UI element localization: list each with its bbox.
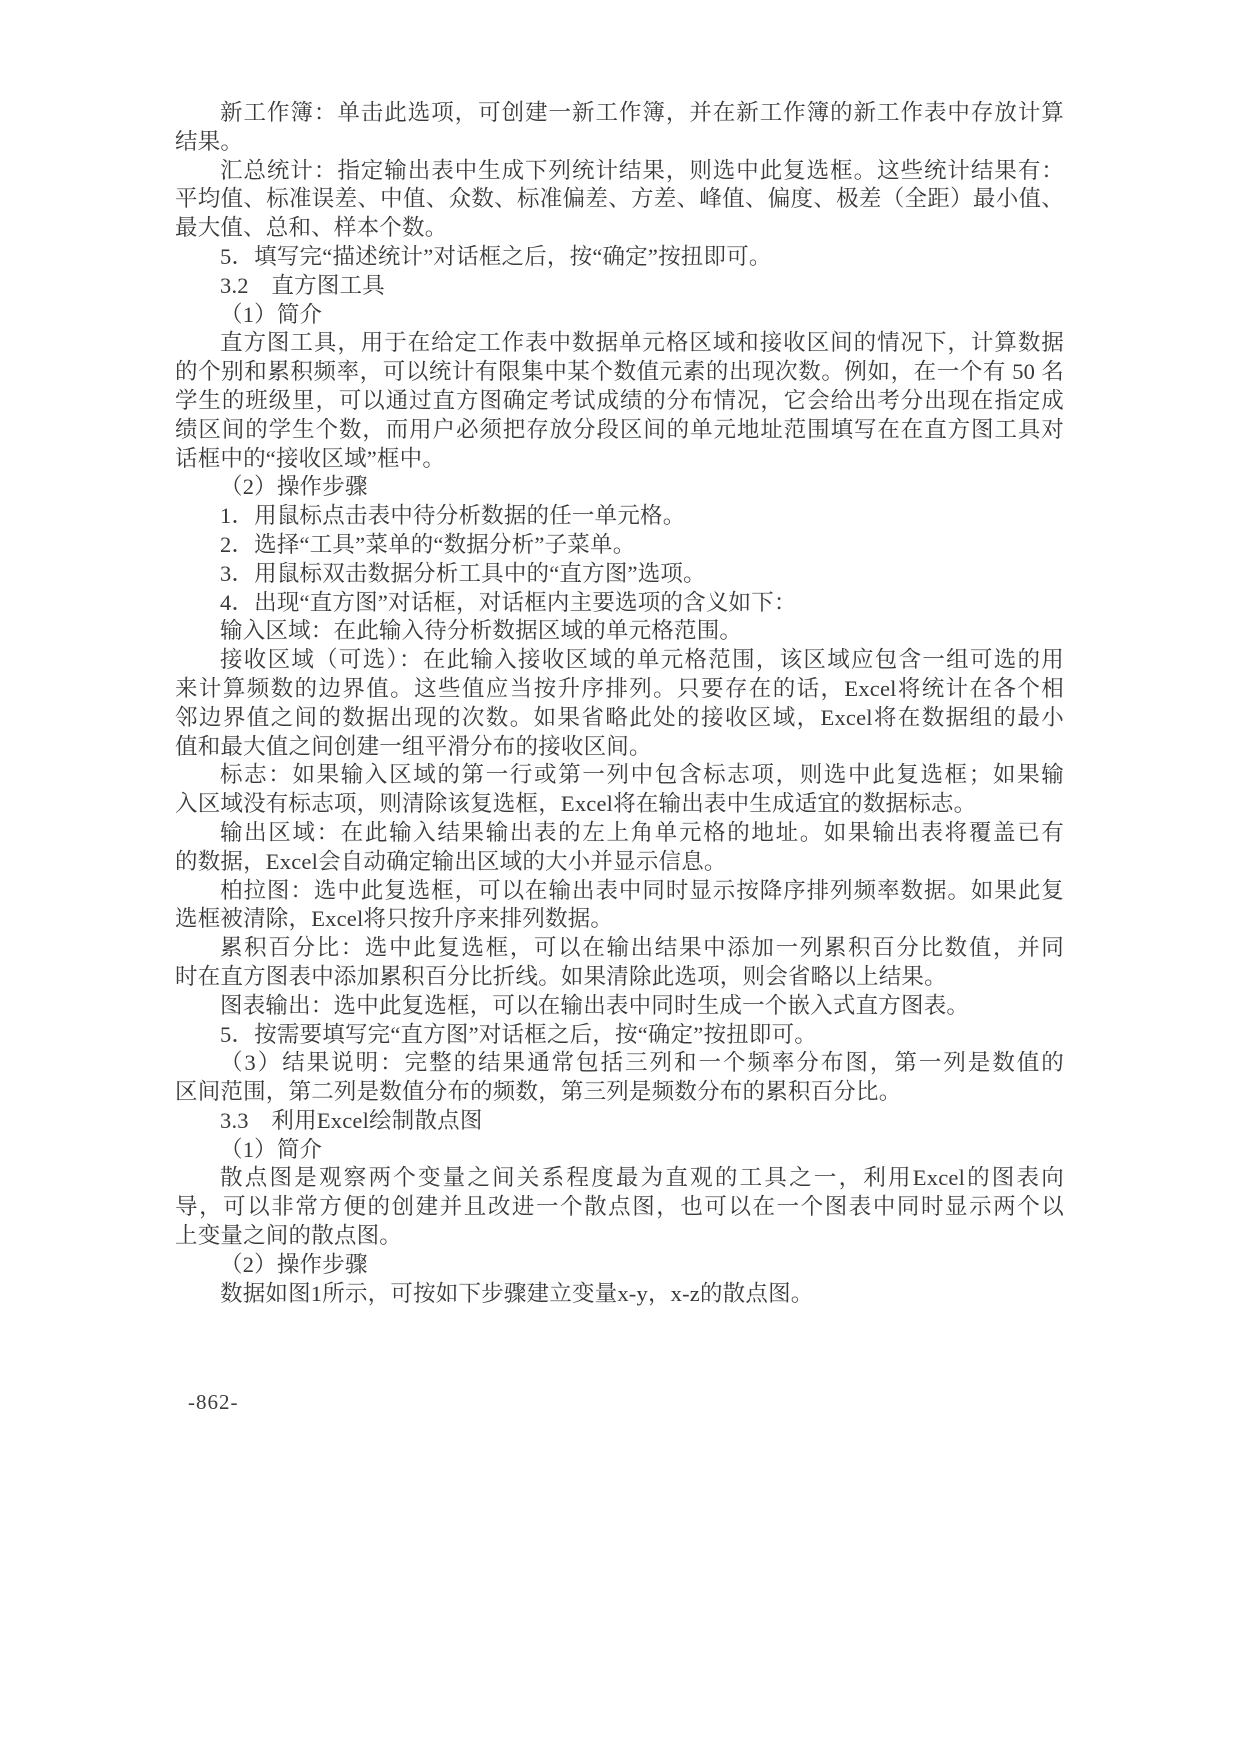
text-line: 接收区域（可选）：在此输入接收区域的单元格范围，该区域应包含一组可选的用: [175, 646, 1064, 675]
text-line: 累积百分比：选中此复选框，可以在输出结果中添加一列累积百分比数值，并同: [175, 934, 1064, 963]
text-line: 散点图是观察两个变量之间关系程度最为直观的工具之一，利用Excel的图表向: [175, 1164, 1064, 1193]
text-line: 邻边界值之间的数据出现的次数。如果省略此处的接收区域，Excel将在数据组的最小: [175, 704, 1064, 733]
text-line: 2．选择“工具”菜单的“数据分析”子菜单。: [175, 531, 1064, 560]
page-number: -862-: [188, 1390, 239, 1415]
text-line: 3.3 利用Excel绘制散点图: [175, 1107, 1064, 1136]
text-line: 时在直方图表中添加累积百分比折线。如果清除此选项，则会省略以上结果。: [175, 963, 1064, 992]
text-line: 学生的班级里，可以通过直方图确定考试成绩的分布情况，它会给出考分出现在指定成: [175, 387, 1064, 416]
text-line: 平均值、标准误差、中值、众数、标准偏差、方差、峰值、偏度、极差（全距）最小值、: [175, 185, 1064, 214]
text-line: （1）简介: [175, 1136, 1064, 1165]
document-body: 新工作簿：单击此选项，可创建一新工作簿，并在新工作簿的新工作表中存放计算结果。汇…: [175, 99, 1064, 1308]
text-line: 图表输出：选中此复选框，可以在输出表中同时生成一个嵌入式直方图表。: [175, 992, 1064, 1021]
text-line: （1）简介: [175, 301, 1064, 330]
text-line: 标志：如果输入区域的第一行或第一列中包含标志项，则选中此复选框；如果输: [175, 761, 1064, 790]
text-line: 4．出现“直方图”对话框，对话框内主要选项的含义如下：: [175, 589, 1064, 618]
text-line: 值和最大值之间创建一组平滑分布的接收区间。: [175, 733, 1064, 762]
text-line: 5．填写完“描述统计”对话框之后，按“确定”按扭即可。: [175, 243, 1064, 272]
text-line: 3．用鼠标双击数据分析工具中的“直方图”选项。: [175, 560, 1064, 589]
text-line: 区间范围，第二列是数值分布的频数，第三列是频数分布的累积百分比。: [175, 1078, 1064, 1107]
text-line: （2）操作步骤: [175, 473, 1064, 502]
text-line: 的数据，Excel会自动确定输出区域的大小并显示信息。: [175, 848, 1064, 877]
text-line: 新工作簿：单击此选项，可创建一新工作簿，并在新工作簿的新工作表中存放计算: [175, 99, 1064, 128]
text-line: 话框中的“接收区域”框中。: [175, 445, 1064, 474]
text-line: 5．按需要填写完“直方图”对话框之后，按“确定”按扭即可。: [175, 1021, 1064, 1050]
text-line: 1．用鼠标点击表中待分析数据的任一单元格。: [175, 502, 1064, 531]
text-line: 的个别和累积频率，可以统计有限集中某个数值元素的出现次数。例如，在一个有 50 …: [175, 358, 1064, 387]
text-line: 汇总统计：指定输出表中生成下列统计结果，则选中此复选框。这些统计结果有：: [175, 157, 1064, 186]
document-page: 新工作簿：单击此选项，可创建一新工作簿，并在新工作簿的新工作表中存放计算结果。汇…: [0, 0, 1241, 1755]
text-line: 输入区域：在此输入待分析数据区域的单元格范围。: [175, 617, 1064, 646]
text-line: 导，可以非常方便的创建并且改进一个散点图，也可以在一个图表中同时显示两个以: [175, 1193, 1064, 1222]
text-line: （2）操作步骤: [175, 1251, 1064, 1280]
text-line: 结果。: [175, 128, 1064, 157]
text-line: 数据如图1所示，可按如下步骤建立变量x-y，x-z的散点图。: [175, 1280, 1064, 1309]
text-line: 最大值、总和、样本个数。: [175, 214, 1064, 243]
text-line: 直方图工具，用于在给定工作表中数据单元格区域和接收区间的情况下，计算数据: [175, 329, 1064, 358]
text-line: 来计算频数的边界值。这些值应当按升序排列。只要存在的话，Excel将统计在各个相: [175, 675, 1064, 704]
text-line: 输出区域：在此输入结果输出表的左上角单元格的地址。如果输出表将覆盖已有: [175, 819, 1064, 848]
text-line: （3）结果说明：完整的结果通常包括三列和一个频率分布图，第一列是数值的: [175, 1049, 1064, 1078]
text-line: 上变量之间的散点图。: [175, 1222, 1064, 1251]
text-line: 3.2 直方图工具: [175, 272, 1064, 301]
text-line: 柏拉图：选中此复选框，可以在输出表中同时显示按降序排列频率数据。如果此复: [175, 877, 1064, 906]
text-line: 入区域没有标志项，则清除该复选框，Excel将在输出表中生成适宜的数据标志。: [175, 790, 1064, 819]
text-line: 绩区间的学生个数，而用户必须把存放分段区间的单元地址范围填写在在直方图工具对: [175, 416, 1064, 445]
text-line: 选框被清除，Excel将只按升序来排列数据。: [175, 905, 1064, 934]
